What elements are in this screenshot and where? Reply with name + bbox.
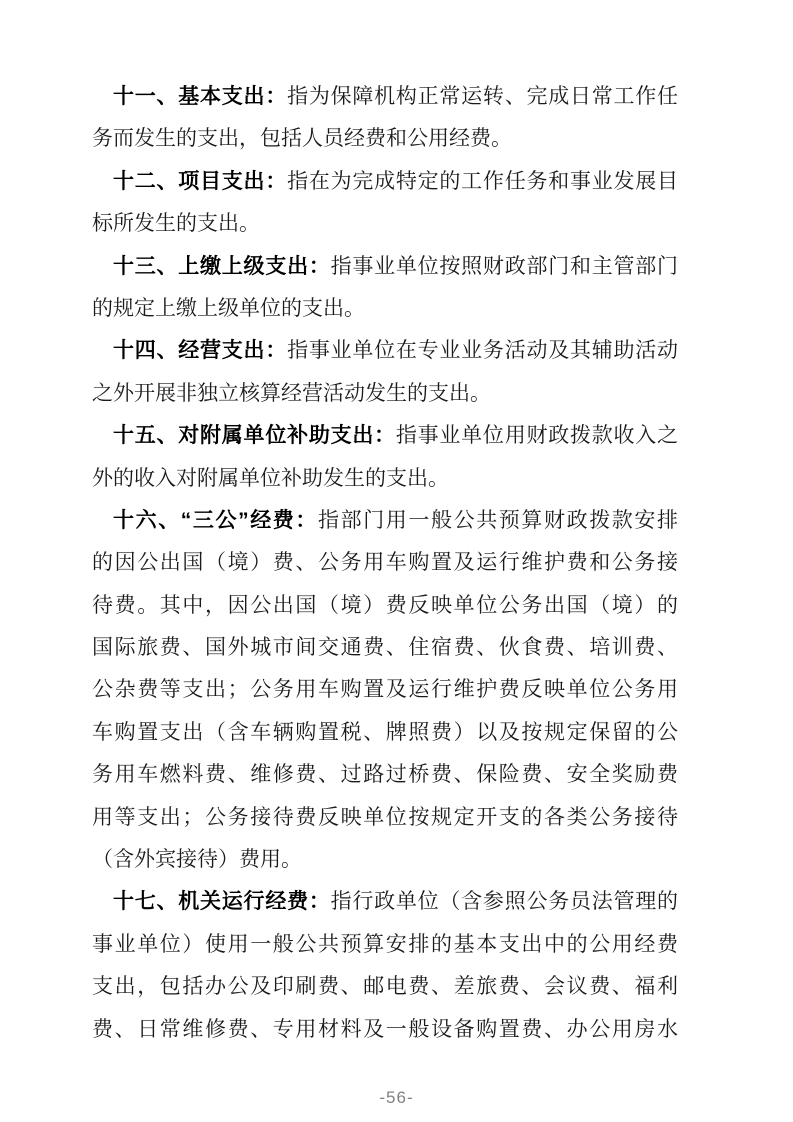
definition-text: 指在为完成特定的工作任务和事业发展目 [287, 169, 678, 193]
text-line: 十五、对附属单位补助支出：指事业单位用财政拨款收入之 [92, 414, 678, 456]
definition-text: 指行政单位（含参照公务员法管理的 [331, 889, 678, 913]
text-line: 十七、机关运行经费：指行政单位（含参照公务员法管理的 [92, 880, 678, 922]
definition-item-17: 十七、机关运行经费：指行政单位（含参照公务员法管理的 事业单位）使用一般公共预算… [92, 880, 678, 1050]
definition-item-11: 十一、基本支出：指为保障机构正常运转、完成日常工作任 务而发生的支出，包括人员经… [92, 75, 678, 160]
definition-text: 指事业单位在专业业务活动及其辅助活动 [287, 338, 678, 362]
definition-term: 十七、机关运行经费： [113, 890, 331, 913]
text-line: 务用车燃料费、维修费、过路过桥费、保险费、安全奖励费 [92, 753, 678, 795]
definition-term: 十五、对附属单位补助支出： [113, 424, 396, 447]
text-line: 十一、基本支出：指为保障机构正常运转、完成日常工作任 [92, 75, 678, 117]
page-footer: -56- [0, 1088, 793, 1108]
text-line: 十六、“三公”经费：指部门用一般公共预算财政拨款安排 [92, 499, 678, 541]
definitions-list: 十一、基本支出：指为保障机构正常运转、完成日常工作任 务而发生的支出，包括人员经… [92, 75, 678, 1050]
definition-term: 十三、上缴上级支出： [113, 255, 331, 278]
text-line: 之外开展非独立核算经营活动发生的支出。 [92, 372, 678, 414]
text-line: 十二、项目支出：指在为完成特定的工作任务和事业发展目 [92, 160, 678, 202]
text-line: 务而发生的支出，包括人员经费和公用经费。 [92, 117, 678, 159]
text-line: 待费。其中，因公出国（境）费反映单位公务出国（境）的 [92, 584, 678, 626]
page-number: -56- [379, 1088, 413, 1107]
text-line: 十四、经营支出：指事业单位在专业业务活动及其辅助活动 [92, 329, 678, 371]
text-line: 费、日常维修费、专用材料及一般设备购置费、办公用房水 [92, 1008, 678, 1050]
definition-text: 指事业单位按照财政部门和主管部门 [331, 254, 678, 278]
definition-term: 十二、项目支出： [113, 170, 287, 193]
text-line: 国际旅费、国外城市间交通费、住宿费、伙食费、培训费、 [92, 626, 678, 668]
text-line: 外的收入对附属单位补助发生的支出。 [92, 457, 678, 499]
definition-term: 十一、基本支出： [113, 85, 287, 108]
text-line: 标所发生的支出。 [92, 202, 678, 244]
definition-term: 十四、经营支出： [113, 339, 287, 362]
document-page: 十一、基本支出：指为保障机构正常运转、完成日常工作任 务而发生的支出，包括人员经… [0, 0, 793, 1122]
definition-item-12: 十二、项目支出：指在为完成特定的工作任务和事业发展目 标所发生的支出。 [92, 160, 678, 245]
definition-item-14: 十四、经营支出：指事业单位在专业业务活动及其辅助活动 之外开展非独立核算经营活动… [92, 329, 678, 414]
text-line: （含外宾接待）费用。 [92, 838, 678, 880]
text-line: 车购置支出（含车辆购置税、牌照费）以及按规定保留的公 [92, 711, 678, 753]
definition-item-16: 十六、“三公”经费：指部门用一般公共预算财政拨款安排 的因公出国（境）费、公务用… [92, 499, 678, 881]
text-line: 支出，包括办公及印刷费、邮电费、差旅费、会议费、福利 [92, 965, 678, 1007]
definition-term: 十六、“三公”经费： [113, 509, 318, 532]
definition-item-15: 十五、对附属单位补助支出：指事业单位用财政拨款收入之 外的收入对附属单位补助发生… [92, 414, 678, 499]
text-line: 公杂费等支出；公务用车购置及运行维护费反映单位公务用 [92, 668, 678, 710]
text-line: 用等支出；公务接待费反映单位按规定开支的各类公务接待 [92, 796, 678, 838]
text-line: 的规定上缴上级单位的支出。 [92, 287, 678, 329]
text-line: 事业单位）使用一般公共预算安排的基本支出中的公用经费 [92, 923, 678, 965]
text-line: 的因公出国（境）费、公务用车购置及运行维护费和公务接 [92, 541, 678, 583]
definition-text: 指部门用一般公共预算财政拨款安排 [318, 508, 678, 532]
definition-text: 指事业单位用财政拨款收入之 [396, 423, 678, 447]
text-line: 十三、上缴上级支出：指事业单位按照财政部门和主管部门 [92, 245, 678, 287]
definition-item-13: 十三、上缴上级支出：指事业单位按照财政部门和主管部门 的规定上缴上级单位的支出。 [92, 245, 678, 330]
definition-text: 指为保障机构正常运转、完成日常工作任 [287, 84, 678, 108]
